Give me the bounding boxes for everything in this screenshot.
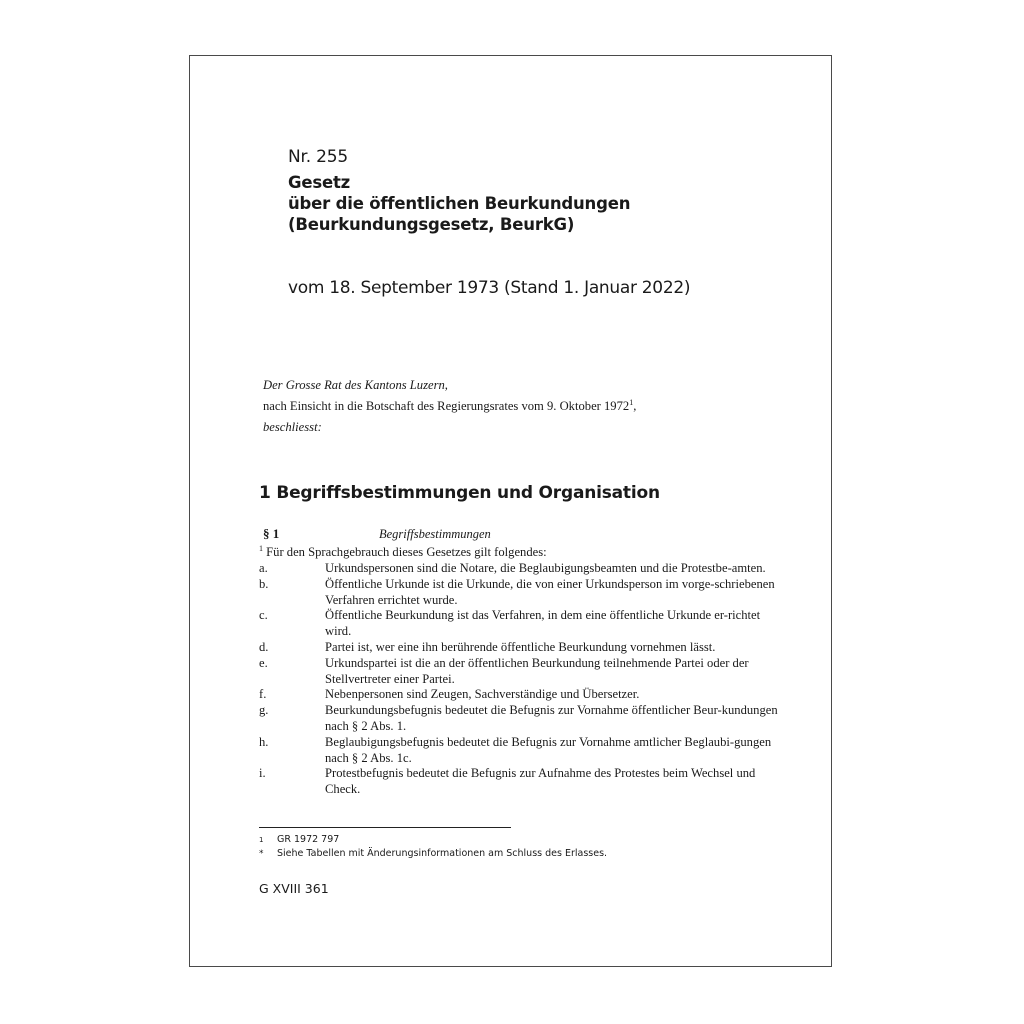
law-title: Gesetz über die öffentlichen Beurkundung… [288, 172, 630, 235]
document-page: Nr. 255 Gesetz über die öffentlichen Beu… [189, 55, 832, 967]
footnotes: 1GR 1972 797 *Siehe Tabellen mit Änderun… [259, 833, 607, 861]
item-text: Beurkundungsbefugnis bedeutet die Befugn… [325, 703, 779, 735]
title-line-3: (Beurkundungsgesetz, BeurkG) [288, 214, 630, 235]
law-number: Nr. 255 [288, 147, 348, 167]
item-label: c. [259, 608, 325, 640]
definition-item: i.Protestbefugnis bedeutet die Befugnis … [259, 766, 779, 798]
chapter-heading: 1 Begriffsbestimmungen und Organisation [259, 483, 660, 503]
item-text: Öffentliche Urkunde ist die Urkunde, die… [325, 577, 779, 609]
item-text: Öffentliche Beurkundung ist das Verfahre… [325, 608, 779, 640]
item-label: e. [259, 656, 325, 688]
item-label: a. [259, 561, 325, 577]
section-title: Begriffsbestimmungen [379, 527, 491, 541]
item-label: i. [259, 766, 325, 798]
paragraph-intro: 1 Für den Sprachgebrauch dieses Gesetzes… [259, 545, 547, 560]
item-label: b. [259, 577, 325, 609]
section-number: § 1 [263, 526, 379, 542]
item-text: Partei ist, wer eine ihn berührende öffe… [325, 640, 779, 656]
item-text: Beglaubigungsbefugnis bedeutet die Befug… [325, 735, 779, 767]
item-text: Urkundspersonen sind die Notare, die Beg… [325, 561, 779, 577]
definition-item: f.Nebenpersonen sind Zeugen, Sachverstän… [259, 687, 779, 703]
definition-item: a.Urkundspersonen sind die Notare, die B… [259, 561, 779, 577]
item-text: Urkundspartei ist die an der öffentliche… [325, 656, 779, 688]
footnote-1: 1GR 1972 797 [259, 833, 607, 847]
preamble-reference: nach Einsicht in die Botschaft des Regie… [263, 396, 636, 417]
definition-item: g.Beurkundungsbefugnis bedeutet die Befu… [259, 703, 779, 735]
law-date: vom 18. September 1973 (Stand 1. Januar … [288, 278, 690, 298]
definition-item: h.Beglaubigungsbefugnis bedeutet die Bef… [259, 735, 779, 767]
item-label: f. [259, 687, 325, 703]
footnote-divider [259, 827, 511, 828]
item-label: g. [259, 703, 325, 735]
definition-item: c.Öffentliche Beurkundung ist das Verfah… [259, 608, 779, 640]
item-text: Nebenpersonen sind Zeugen, Sachverständi… [325, 687, 779, 703]
paragraph-number: 1 [259, 544, 263, 553]
section-heading: § 1Begriffsbestimmungen [263, 526, 491, 542]
definition-item: d.Partei ist, wer eine ihn berührende öf… [259, 640, 779, 656]
preamble-authority: Der Grosse Rat des Kantons Luzern, [263, 375, 636, 396]
definition-item: e.Urkundspartei ist die an der öffentlic… [259, 656, 779, 688]
footnote-star: *Siehe Tabellen mit Änderungsinformation… [259, 847, 607, 861]
title-line-2: über die öffentlichen Beurkundungen [288, 193, 630, 214]
title-line-1: Gesetz [288, 172, 630, 193]
definition-list: a.Urkundspersonen sind die Notare, die B… [259, 561, 779, 798]
item-label: h. [259, 735, 325, 767]
preamble: Der Grosse Rat des Kantons Luzern, nach … [263, 375, 636, 438]
preamble-decision: beschliesst: [263, 417, 636, 438]
definition-item: b.Öffentliche Urkunde ist die Urkunde, d… [259, 577, 779, 609]
collection-signature: G XVIII 361 [259, 881, 329, 896]
item-label: d. [259, 640, 325, 656]
item-text: Protestbefugnis bedeutet die Befugnis zu… [325, 766, 779, 798]
